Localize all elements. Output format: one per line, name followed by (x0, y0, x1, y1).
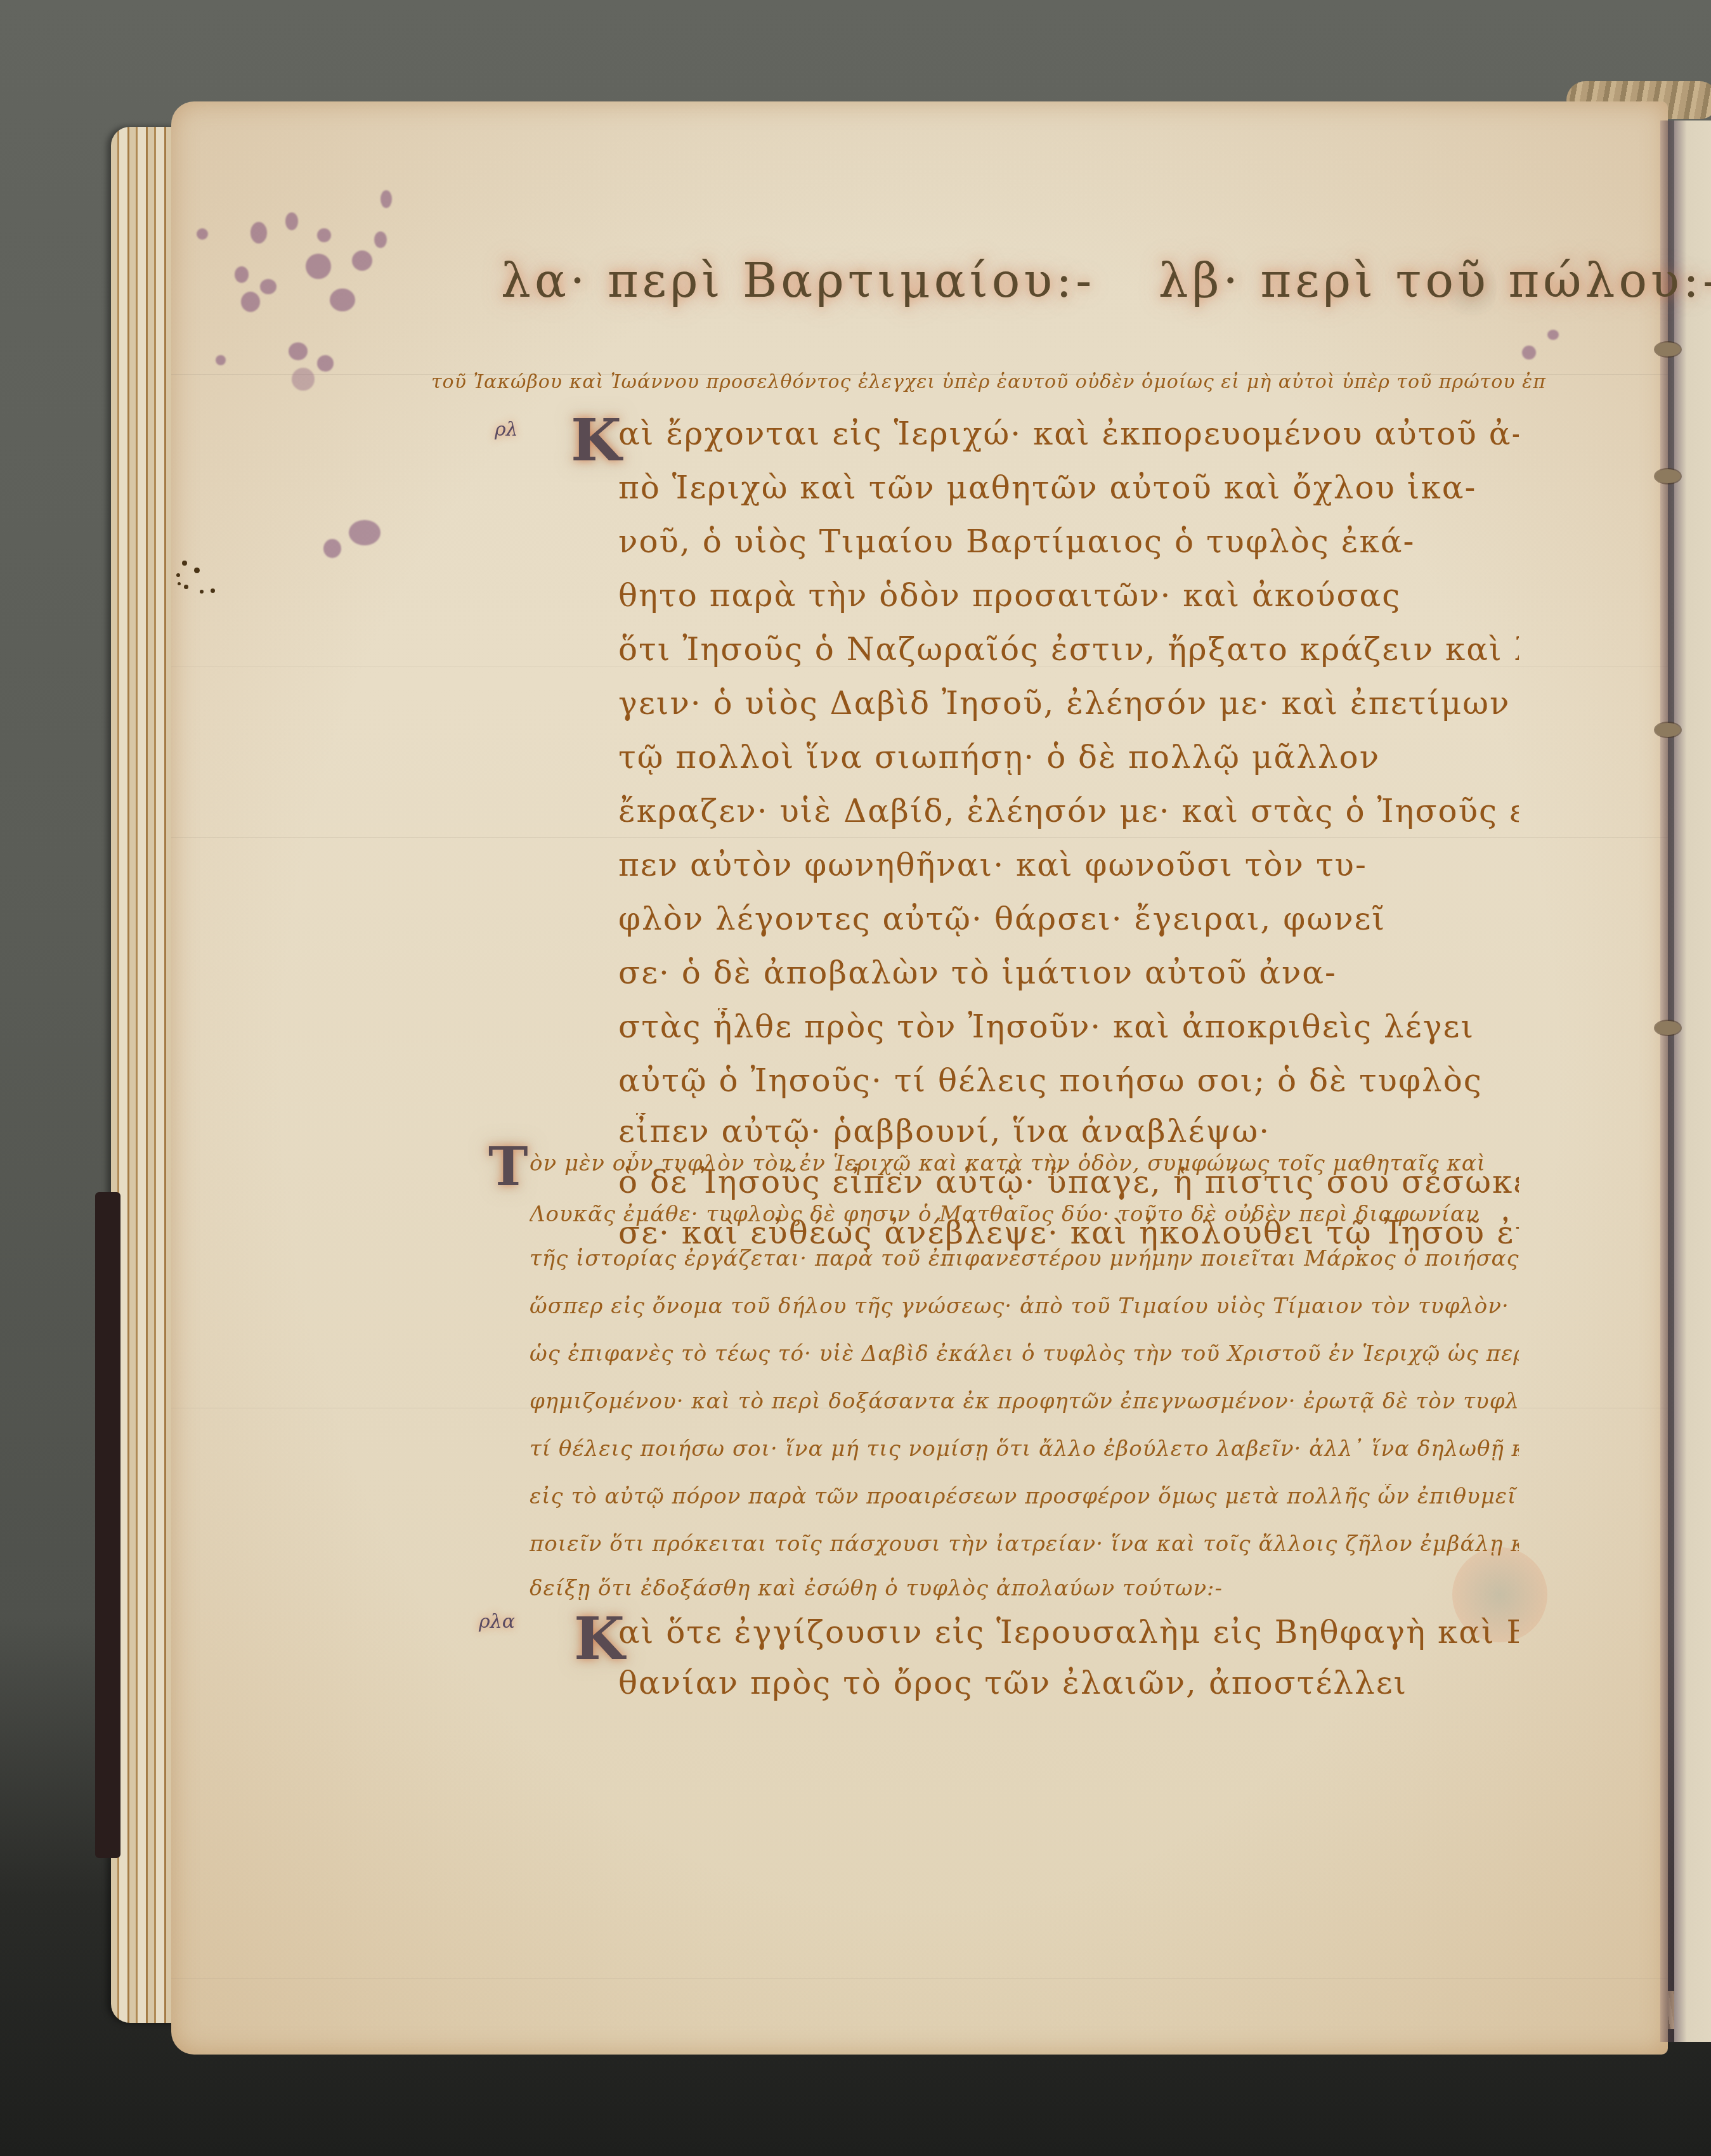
commentary-line: ὥσπερ εἰς ὄνομα τοῦ δήλου τῆς γνώσεως· ἀ… (530, 1294, 1519, 1319)
facing-page-strip (1674, 120, 1711, 2042)
initial-kappa-2: Κ (574, 1604, 625, 1673)
text-line: αὶ ὅτε ἐγγίζουσιν εἰς Ἱερουσαλὴμ εἰς Βηθ… (618, 1614, 1519, 1651)
text-line: αὐτῷ ὁ Ἰησοῦς· τί θέλεις ποιήσω σοι; ὁ δ… (618, 1062, 1519, 1099)
initial-tau: Τ (488, 1135, 528, 1198)
gutter (1660, 120, 1675, 2042)
text-line: πὸ Ἱεριχὼ καὶ τῶν μαθητῶν αὐτοῦ καὶ ὄχλο… (618, 469, 1519, 506)
sewing-station (1655, 723, 1681, 737)
sewing-station (1655, 1021, 1681, 1035)
margin-section-number: ρλα (479, 1611, 515, 1633)
text-line: θητο παρὰ τὴν ὁδὸν προσαιτῶν· καὶ ἀκούσα… (618, 577, 1519, 614)
upper-commentary-line: τοῦ Ἰακώβου καὶ Ἰωάννου προσελθόντος ἐλε… (431, 371, 1547, 393)
text-line: ἔκραζεν· υἱὲ Δαβίδ, ἐλέησόν με· καὶ στὰς… (618, 793, 1519, 829)
commentary-line: δείξῃ ὅτι ἐδοξάσθη καὶ ἐσώθη ὁ τυφλὸς ἀπ… (530, 1576, 1519, 1601)
text-line: γειν· ὁ υἱὸς Δαβὶδ Ἰησοῦ, ἐλέησόν με· κα… (618, 685, 1519, 722)
text-line: νοῦ, ὁ υἱὸς Τιμαίου Βαρτίμαιος ὁ τυφλὸς … (618, 523, 1519, 560)
text-line: στὰς ἦλθε πρὸς τὸν Ἰησοῦν· καὶ ἀποκριθεὶ… (618, 1008, 1519, 1045)
text-line: ὅτι Ἰησοῦς ὁ Ναζωραῖός ἐστιν, ἤρξατο κρά… (618, 631, 1519, 668)
commentary-line: ποιεῖν ὅτι πρόκειται τοῖς πάσχουσι τὴν ἰ… (530, 1531, 1519, 1557)
text-line: θανίαν πρὸς τὸ ὄρος τῶν ἐλαιῶν, ἀποστέλλ… (618, 1665, 1519, 1701)
commentary-line: τί θέλεις ποιήσω σοι· ἵνα μή τις νομίσῃ … (530, 1436, 1519, 1462)
kephalaion-31: λα· περὶ Βαρτιμαίου:- (501, 254, 1095, 308)
text-line: εἶπεν αὐτῷ· ῥαββουνί, ἵνα ἀναβλέψω· (618, 1113, 1519, 1150)
initial-kappa: Κ (571, 406, 621, 474)
kephalaion-32: λβ· περὶ τοῦ πώλου:- (1159, 254, 1711, 308)
text-line: τῷ πολλοὶ ἵνα σιωπήσῃ· ὁ δὲ πολλῷ μᾶλλον (618, 739, 1519, 776)
commentary-line: τῆς ἱστορίας ἐργάζεται· παρὰ τοῦ ἐπιφανε… (530, 1246, 1519, 1271)
commentary-line: ὡς ἐπιφανὲς τὸ τέως τό· υἱὲ Δαβὶδ ἐκάλει… (530, 1341, 1519, 1367)
commentary-line: Λουκᾶς ἐμάθε· τυφλοὺς δὲ φησιν ὁ Ματθαῖο… (530, 1202, 1519, 1227)
text-line: πεν αὐτὸν φωνηθῆναι· καὶ φωνοῦσι τὸν τυ- (618, 847, 1519, 883)
commentary-line: φημιζομένου· καὶ τὸ περὶ δοξάσαντα ἐκ πρ… (530, 1389, 1519, 1414)
ruling-line (171, 1978, 1668, 1979)
text-line: φλὸν λέγοντες αὐτῷ· θάρσει· ἔγειραι, φων… (618, 900, 1519, 937)
binding-cover-edge (95, 1192, 120, 1858)
text-line: σε· ὁ δὲ ἀποβαλὼν τὸ ἱμάτιον αὐτοῦ ἀνα- (618, 954, 1519, 991)
margin-section-number: ρλ (495, 419, 518, 441)
commentary-line: εἰς τὸ αὐτῷ πόρον παρὰ τῶν προαιρέσεων π… (530, 1484, 1519, 1509)
kephalaia-heading: λα· περὶ Βαρτιμαίου:- λβ· περὶ τοῦ πώλου… (501, 254, 1516, 323)
ruling-line (171, 837, 1668, 838)
commentary-line: ὸν μὲν οὖν τυφλὸν τὸν ἐν Ἱεριχῷ καὶ κατὰ… (530, 1151, 1519, 1176)
text-line: αὶ ἔρχονται εἰς Ἱεριχώ· καὶ ἐκπορευομένο… (618, 415, 1519, 452)
sewing-station (1655, 342, 1681, 356)
sewing-station (1655, 469, 1681, 483)
